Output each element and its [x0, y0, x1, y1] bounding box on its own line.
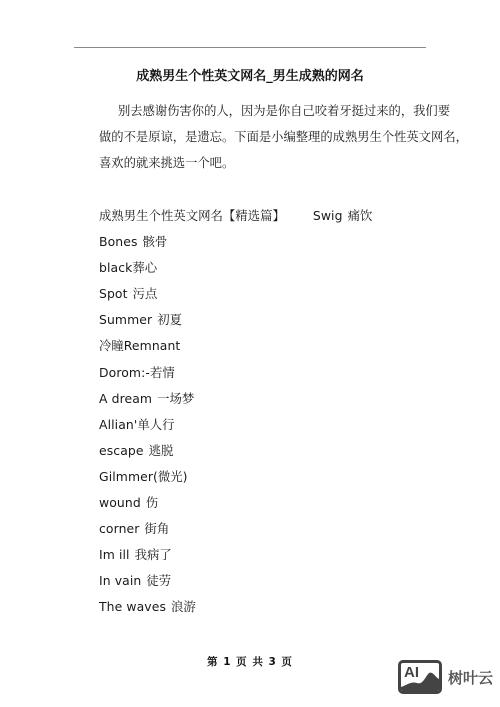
name-zh: 徒劳	[146, 573, 171, 588]
list-item: Dorom:-若情	[99, 364, 372, 390]
name-en: Gilmmer	[99, 469, 153, 484]
ai-logo-icon: AI	[398, 660, 442, 694]
intro-paragraph: 别去感谢伤害你的人，因为是你自己咬着牙挺过来的，我们要 做的不是原谅，是遗忘。下…	[99, 98, 429, 176]
name-zh: 我病了	[135, 547, 172, 562]
name-list: 成熟男生个性英文网名【精选篇】Swig痛饮 Bones骸骨 black葬心 Sp…	[99, 207, 372, 625]
list-item: A dream一场梦	[99, 390, 372, 416]
name-zh: 一场梦	[157, 391, 194, 406]
name-zh: 街角	[144, 521, 169, 536]
name-zh: 伤	[146, 495, 158, 510]
name-zh: 污点	[133, 286, 158, 301]
list-item: In vain徒劳	[99, 572, 372, 598]
name-en: Summer	[99, 312, 152, 327]
list-item: The waves浪游	[99, 598, 372, 624]
name-en: Im ill	[99, 547, 130, 562]
document-title: 成熟男生个性英文网名_男生成熟的网名	[0, 65, 500, 84]
mountain-icon	[401, 663, 439, 691]
name-zh: 若情	[150, 365, 175, 380]
list-item: Gilmmer(微光)	[99, 468, 372, 494]
name-en: Spot	[99, 286, 128, 301]
name-zh: 初夏	[157, 312, 182, 327]
intro-line: 做的不是原谅，是遗忘。下面是小编整理的成熟男生个性英文网名，	[99, 124, 429, 150]
name-en: escape	[99, 443, 144, 458]
name-en: Swig	[313, 208, 343, 223]
name-zh: 骸骨	[143, 234, 168, 249]
list-item: Bones骸骨	[99, 233, 372, 259]
watermark: AI 树叶云	[398, 660, 493, 694]
section-heading: 成熟男生个性英文网名【精选篇】	[99, 208, 285, 223]
list-item: black葬心	[99, 259, 372, 285]
list-item: Im ill我病了	[99, 546, 372, 572]
name-en: corner	[99, 521, 139, 536]
list-item: Allian'单人行	[99, 416, 372, 442]
list-item: 成熟男生个性英文网名【精选篇】Swig痛饮	[99, 207, 372, 233]
name-zh: 逃脱	[149, 443, 174, 458]
intro-line: 别去感谢伤害你的人，因为是你自己咬着牙挺过来的，我们要	[118, 98, 429, 124]
name-zh: 痛饮	[348, 208, 373, 223]
name-en: Bones	[99, 234, 138, 249]
name-en: Dorom:-	[99, 365, 150, 380]
list-item: Summer初夏	[99, 311, 372, 337]
name-zh: 浪游	[171, 599, 196, 614]
name-en: black	[99, 260, 132, 275]
name-en: In vain	[99, 573, 141, 588]
list-item: corner街角	[99, 520, 372, 546]
name-en: A dream	[99, 391, 152, 406]
list-item: Spot污点	[99, 285, 372, 311]
brand-name: 树叶云	[448, 667, 493, 688]
intro-line: 喜欢的就来挑选一个吧。	[99, 150, 429, 176]
name-en: The waves	[99, 599, 166, 614]
list-item: wound伤	[99, 494, 372, 520]
list-item: escape逃脱	[99, 442, 372, 468]
name-zh: 葬心	[132, 260, 157, 275]
header-rule	[74, 47, 426, 48]
name-en: wound	[99, 495, 141, 510]
name-zh: 冷瞳	[99, 338, 124, 353]
list-item: 冷瞳Remnant	[99, 337, 372, 363]
name-en: Remnant	[124, 338, 181, 353]
name-zh: (微光)	[153, 469, 187, 484]
name-zh: 单人行	[137, 417, 174, 432]
name-en: Allian'	[99, 417, 137, 432]
